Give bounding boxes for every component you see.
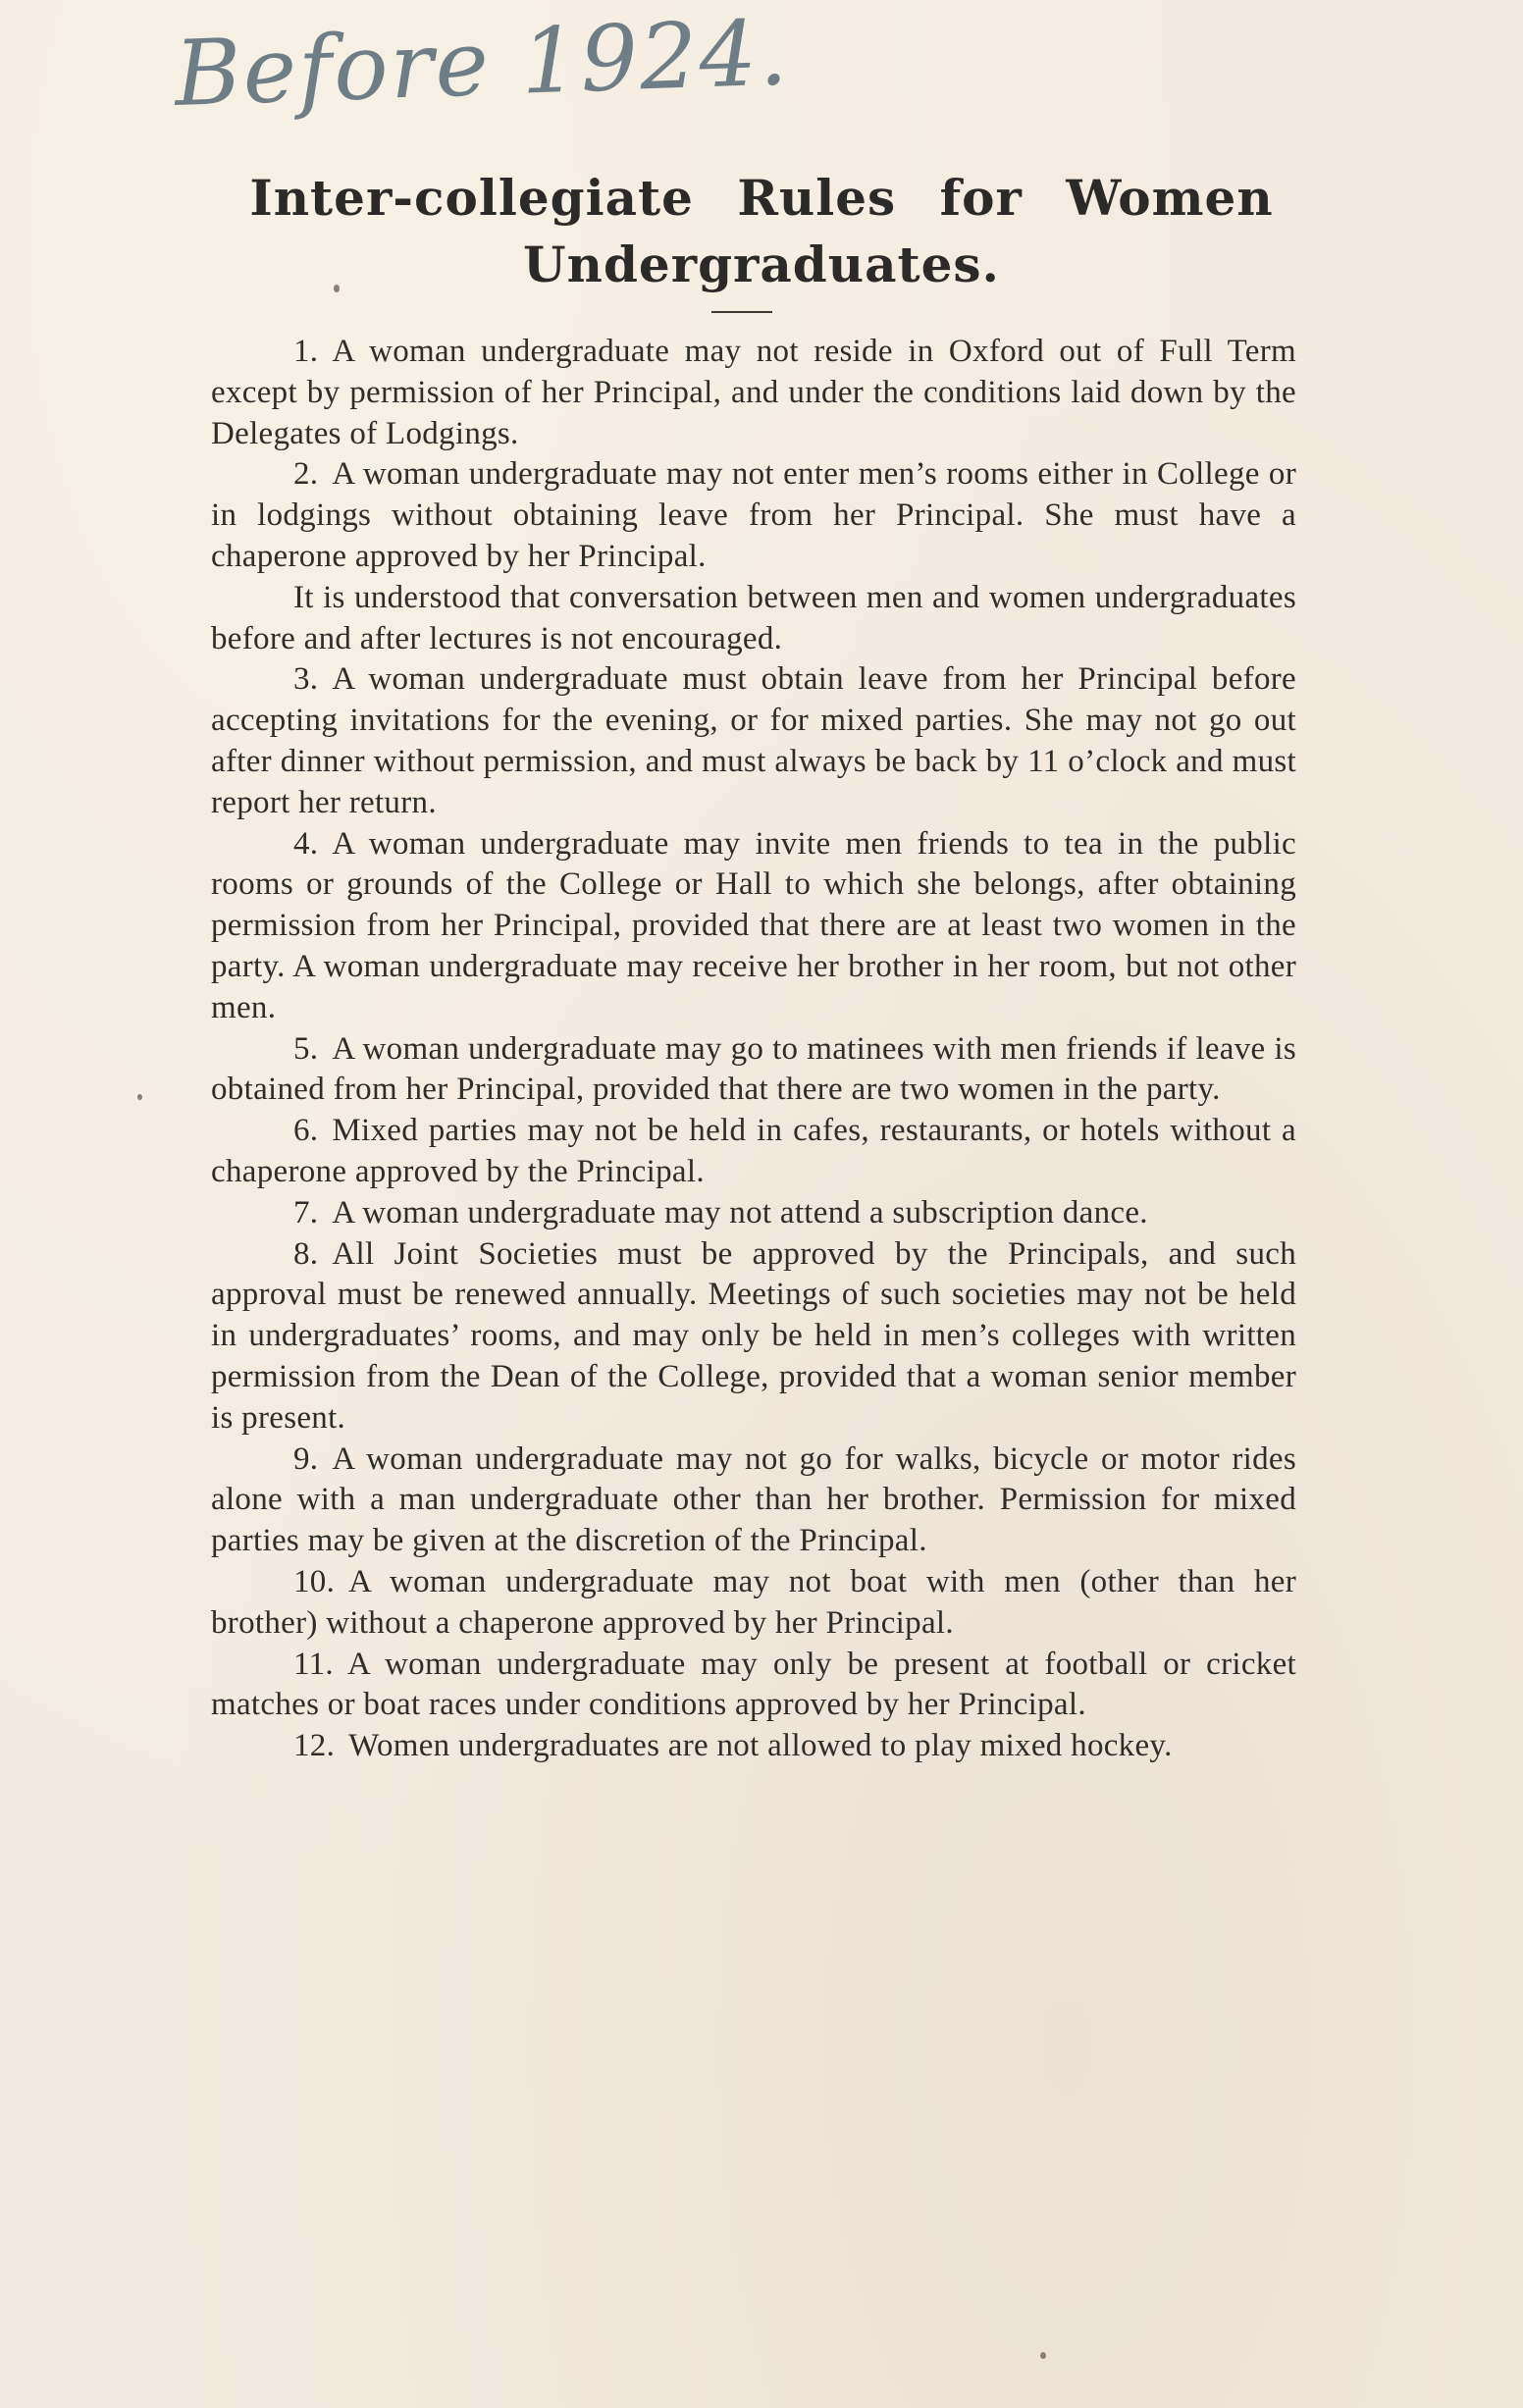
rule-number: 6. — [293, 1113, 318, 1148]
rule-text: A woman undergraduate may not enter men’… — [211, 456, 1296, 574]
rule-number: 12. — [293, 1728, 335, 1763]
rule-item: 5.A woman undergraduate may go to matine… — [211, 1029, 1296, 1112]
rule-item: 11.A woman undergraduate may only be pre… — [211, 1645, 1296, 1727]
rule-number: 1. — [293, 334, 318, 369]
title-line-1: Inter-collegiate Rules for Women — [0, 165, 1523, 232]
rule-text: Mixed parties may not be held in cafes, … — [211, 1113, 1296, 1189]
rule-number: 5. — [293, 1031, 318, 1067]
rule-item: 10.A woman undergraduate may not boat wi… — [211, 1562, 1296, 1645]
rule-text: A woman undergraduate may only be presen… — [211, 1647, 1296, 1723]
rule-item: 9.A woman undergraduate may not go for w… — [211, 1440, 1296, 1562]
paper-speck — [137, 1094, 142, 1100]
rule-text: A woman undergraduate may go to matinees… — [211, 1031, 1296, 1108]
rule-item: 12.Women undergraduates are not allowed … — [211, 1726, 1296, 1767]
rule-number: 10. — [293, 1564, 335, 1599]
title-divider — [711, 311, 772, 313]
handwritten-date-note: Before 1924. — [173, 0, 791, 127]
rule-text: A woman undergraduate must obtain leave … — [211, 661, 1296, 819]
rule-text: A woman undergraduate may not attend a s… — [332, 1195, 1147, 1230]
rule-text: A woman undergraduate may invite men fri… — [211, 826, 1296, 1025]
rule-text: It is understood that conversation betwe… — [211, 580, 1296, 656]
rule-text: A woman undergraduate may not reside in … — [211, 334, 1296, 451]
rule-number: 3. — [293, 661, 318, 697]
rule-item: 2.A woman undergraduate may not enter me… — [211, 454, 1296, 577]
rule-number: 4. — [293, 826, 318, 862]
paper-speck — [1040, 2352, 1046, 2359]
rule-text: A woman undergraduate may not boat with … — [211, 1564, 1296, 1641]
document-title: Inter-collegiate Rules for Women Undergr… — [0, 165, 1523, 298]
rule-item: 7.A woman undergraduate may not attend a… — [211, 1193, 1296, 1234]
rule-number: 9. — [293, 1441, 318, 1477]
rule-item: 1.A woman undergraduate may not reside i… — [211, 332, 1296, 454]
rule-number: 8. — [293, 1236, 318, 1272]
paper-speck — [334, 285, 340, 292]
rule-number: 7. — [293, 1195, 318, 1230]
rule-item: 4.A woman undergraduate may invite men f… — [211, 824, 1296, 1029]
rule-number: 11. — [293, 1647, 334, 1682]
title-line-2: Undergraduates. — [0, 232, 1523, 298]
rule-item: 6.Mixed parties may not be held in cafes… — [211, 1111, 1296, 1193]
rule-note: It is understood that conversation betwe… — [211, 578, 1296, 660]
rules-list: 1.A woman undergraduate may not reside i… — [211, 332, 1296, 1767]
rule-text: Women undergraduates are not allowed to … — [348, 1728, 1172, 1763]
rule-text: A woman undergraduate may not go for wal… — [211, 1441, 1296, 1559]
rule-number: 2. — [293, 456, 318, 492]
rule-item: 8.All Joint Societies must be approved b… — [211, 1234, 1296, 1440]
rule-item: 3.A woman undergraduate must obtain leav… — [211, 659, 1296, 823]
rule-text: All Joint Societies must be approved by … — [211, 1236, 1296, 1436]
